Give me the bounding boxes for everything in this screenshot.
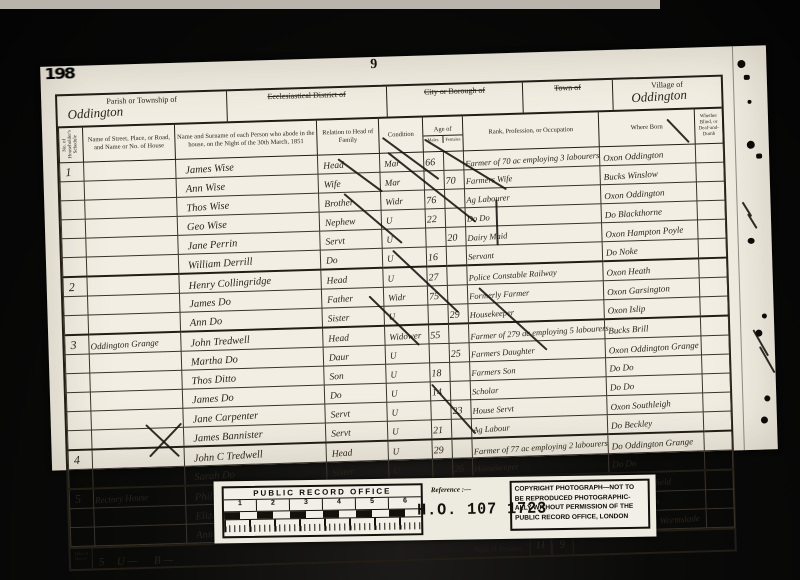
cell-age-m: 18 [430, 362, 451, 382]
microfilm-background: 198 9 Parish or Township of Oddington Ec… [0, 0, 800, 580]
pro-reference-strip: PUBLIC RECORD OFFICE 123456 Reference :—… [214, 475, 657, 544]
col-condition: Condition [378, 118, 423, 153]
cell-infirm [704, 430, 733, 450]
page-number: 9 [370, 57, 377, 73]
city-label: City or Borough of [424, 86, 485, 97]
cell-infirm [701, 335, 730, 355]
page-fold-line [732, 46, 745, 450]
cell-infirm [697, 219, 726, 239]
cell-age-f [448, 323, 469, 343]
cell-age-f [447, 284, 468, 304]
cell-condition: U [387, 419, 432, 440]
cell-age-f [450, 380, 471, 400]
cell-schedule [61, 200, 86, 220]
cell-condition: U [388, 458, 433, 479]
cell-schedule [60, 181, 85, 201]
cell-condition: Widr [383, 285, 428, 305]
city-cell: City or Borough of [387, 83, 524, 117]
cell-relation: Head [317, 153, 380, 174]
cell-schedule [62, 257, 87, 277]
cell-infirm [705, 469, 734, 489]
cell-age-f [447, 265, 468, 285]
cell-relation: Head [323, 325, 386, 346]
cell-schedule: 5 [69, 488, 94, 508]
cell-age-f: 26 [452, 457, 473, 477]
reference-value: H.O. 107 1723 [417, 499, 547, 520]
cell-schedule [67, 411, 92, 431]
cell-age-m [428, 304, 449, 324]
cell-schedule [62, 238, 87, 258]
cell-schedule [66, 373, 91, 393]
cell-age-m: 29 [432, 438, 453, 458]
cell-schedule [70, 526, 95, 546]
village-cell: Village of Oddington [613, 77, 722, 110]
total-houses-box: Total of Houses [70, 548, 93, 569]
cell-infirm [697, 200, 726, 220]
cell-age-m: 22 [425, 208, 446, 228]
cell-relation: Head [326, 440, 389, 461]
cell-relation: Do [324, 383, 387, 404]
parish-value: Oddington [67, 103, 124, 123]
cell-age-m: 66 [423, 151, 444, 171]
reference-label: Reference :— [431, 485, 471, 494]
cell-relation: Brother [319, 191, 382, 212]
cell-schedule: 1 [60, 162, 85, 182]
cell-infirm [696, 162, 725, 182]
cell-where-born: Oxon Oddington Grange [605, 335, 702, 357]
ecclesiastical-cell: Ecclesiastical District of [227, 87, 388, 122]
ink-blot [747, 141, 755, 149]
cell-infirm [702, 373, 731, 393]
cell-age-m: 27 [427, 265, 448, 285]
cell-infirm [701, 354, 730, 374]
col-age-females: Females [443, 135, 462, 142]
cell-street [94, 524, 187, 546]
reference-area: Reference :— H.O. 107 1723 [423, 477, 511, 540]
cell-relation: Son [324, 364, 387, 385]
cell-relation: Head [321, 267, 384, 288]
cell-condition: U [388, 439, 433, 460]
cell-schedule [67, 429, 92, 449]
cell-schedule [70, 507, 95, 527]
ink-blot [761, 416, 768, 423]
cell-infirm [700, 315, 729, 335]
cell-age-m [429, 343, 450, 363]
cell-relation: Nephew [319, 210, 382, 231]
cell-age-f [450, 361, 471, 381]
pro-ruler-box: PUBLIC RECORD OFFICE 123456 [222, 483, 424, 538]
cell-age-f [452, 438, 473, 458]
cell-age-f: 70 [444, 169, 465, 189]
cell-infirm [704, 449, 733, 469]
col-name: Name and Surname of each Person who abod… [174, 121, 317, 159]
cell-where-born: Do Oddington Grange [608, 431, 705, 453]
cell-schedule: 3 [65, 334, 90, 354]
col-street: Name of Street, Place, or Road, and Name… [82, 125, 175, 162]
ink-blot [747, 100, 751, 104]
cell-age-m [426, 227, 447, 247]
cell-schedule [61, 219, 86, 239]
cell-condition: U [386, 381, 431, 401]
cell-age-m [424, 170, 445, 190]
cell-infirm [695, 143, 724, 163]
total-houses-value: 5 U — B — [99, 552, 219, 568]
cell-relation: Sister [322, 306, 385, 327]
cell-infirm [706, 507, 735, 527]
cell-relation: Sister [327, 460, 390, 481]
scan-edge-sliver [0, 0, 660, 9]
cell-age-f: 25 [449, 342, 470, 362]
cell-age-m: 76 [424, 189, 445, 209]
cell-infirm [700, 296, 729, 316]
cell-infirm [698, 238, 727, 258]
col-relation: Relation to Head of Family [316, 119, 379, 155]
fine-ruler [224, 517, 421, 532]
cell-condition: U [385, 343, 430, 363]
col-where-born: Where Born [598, 109, 695, 146]
ink-blot [748, 238, 755, 244]
village-value: Oddington [631, 87, 688, 107]
cell-relation: Servt [325, 421, 388, 442]
cell-schedule: 2 [63, 276, 88, 296]
town-cell: Town of [523, 80, 614, 113]
town-label: Town of [554, 83, 581, 93]
cell-schedule: 4 [68, 449, 93, 469]
ink-blot [762, 313, 767, 318]
cell-relation: Servt [325, 402, 388, 423]
cell-condition: U [386, 362, 431, 382]
ink-blot [737, 60, 745, 68]
cell-infirm [696, 181, 725, 201]
cell-relation: Do [320, 248, 383, 269]
cell-condition: U [387, 400, 432, 420]
cell-age-m: 16 [426, 246, 447, 266]
cell-infirm [699, 277, 728, 297]
cell-infirm [705, 488, 734, 508]
cell-relation: Father [321, 287, 384, 308]
cell-condition: Widr [380, 190, 425, 210]
col-infirm: Whether Blind, or Deaf-and-Dumb [694, 109, 723, 144]
cell-schedule [63, 296, 88, 316]
ink-blot [764, 395, 770, 401]
col-schedule: No. of Householder's Schedule [58, 128, 83, 163]
cell-age-m: 55 [428, 323, 449, 343]
cell-schedule [64, 315, 89, 335]
cell-age-m [432, 458, 453, 478]
col-age: Age of Males Females [422, 116, 463, 151]
col-occupation: Rank, Profession, or Occupation [462, 112, 599, 150]
cell-condition: U [381, 209, 426, 229]
cell-infirm [699, 257, 728, 277]
cell-infirm [703, 392, 732, 412]
cell-schedule [69, 468, 94, 488]
ink-blot [756, 153, 762, 158]
cell-schedule [66, 392, 91, 412]
folio-stamp: 198 [44, 65, 74, 84]
parish-cell: Parish or Township of Oddington [57, 91, 228, 126]
cell-condition: Mar [380, 171, 425, 191]
ink-blot [744, 75, 750, 80]
cell-schedule [65, 354, 90, 374]
cell-age-f [446, 245, 467, 265]
total-persons-label: Total of Persons ... [474, 543, 530, 557]
cell-relation: Daur [323, 345, 386, 366]
cell-relation: Servt [320, 229, 383, 250]
cell-age-m: 21 [431, 419, 452, 439]
census-sheet: 198 9 Parish or Township of Oddington Ec… [40, 45, 778, 470]
cell-infirm [703, 411, 732, 431]
ecclesiastical-label: Ecclesiastical District of [267, 90, 345, 101]
cell-age-f: 20 [446, 226, 467, 246]
tally-stroke [759, 346, 776, 373]
cell-condition: U [382, 246, 427, 267]
